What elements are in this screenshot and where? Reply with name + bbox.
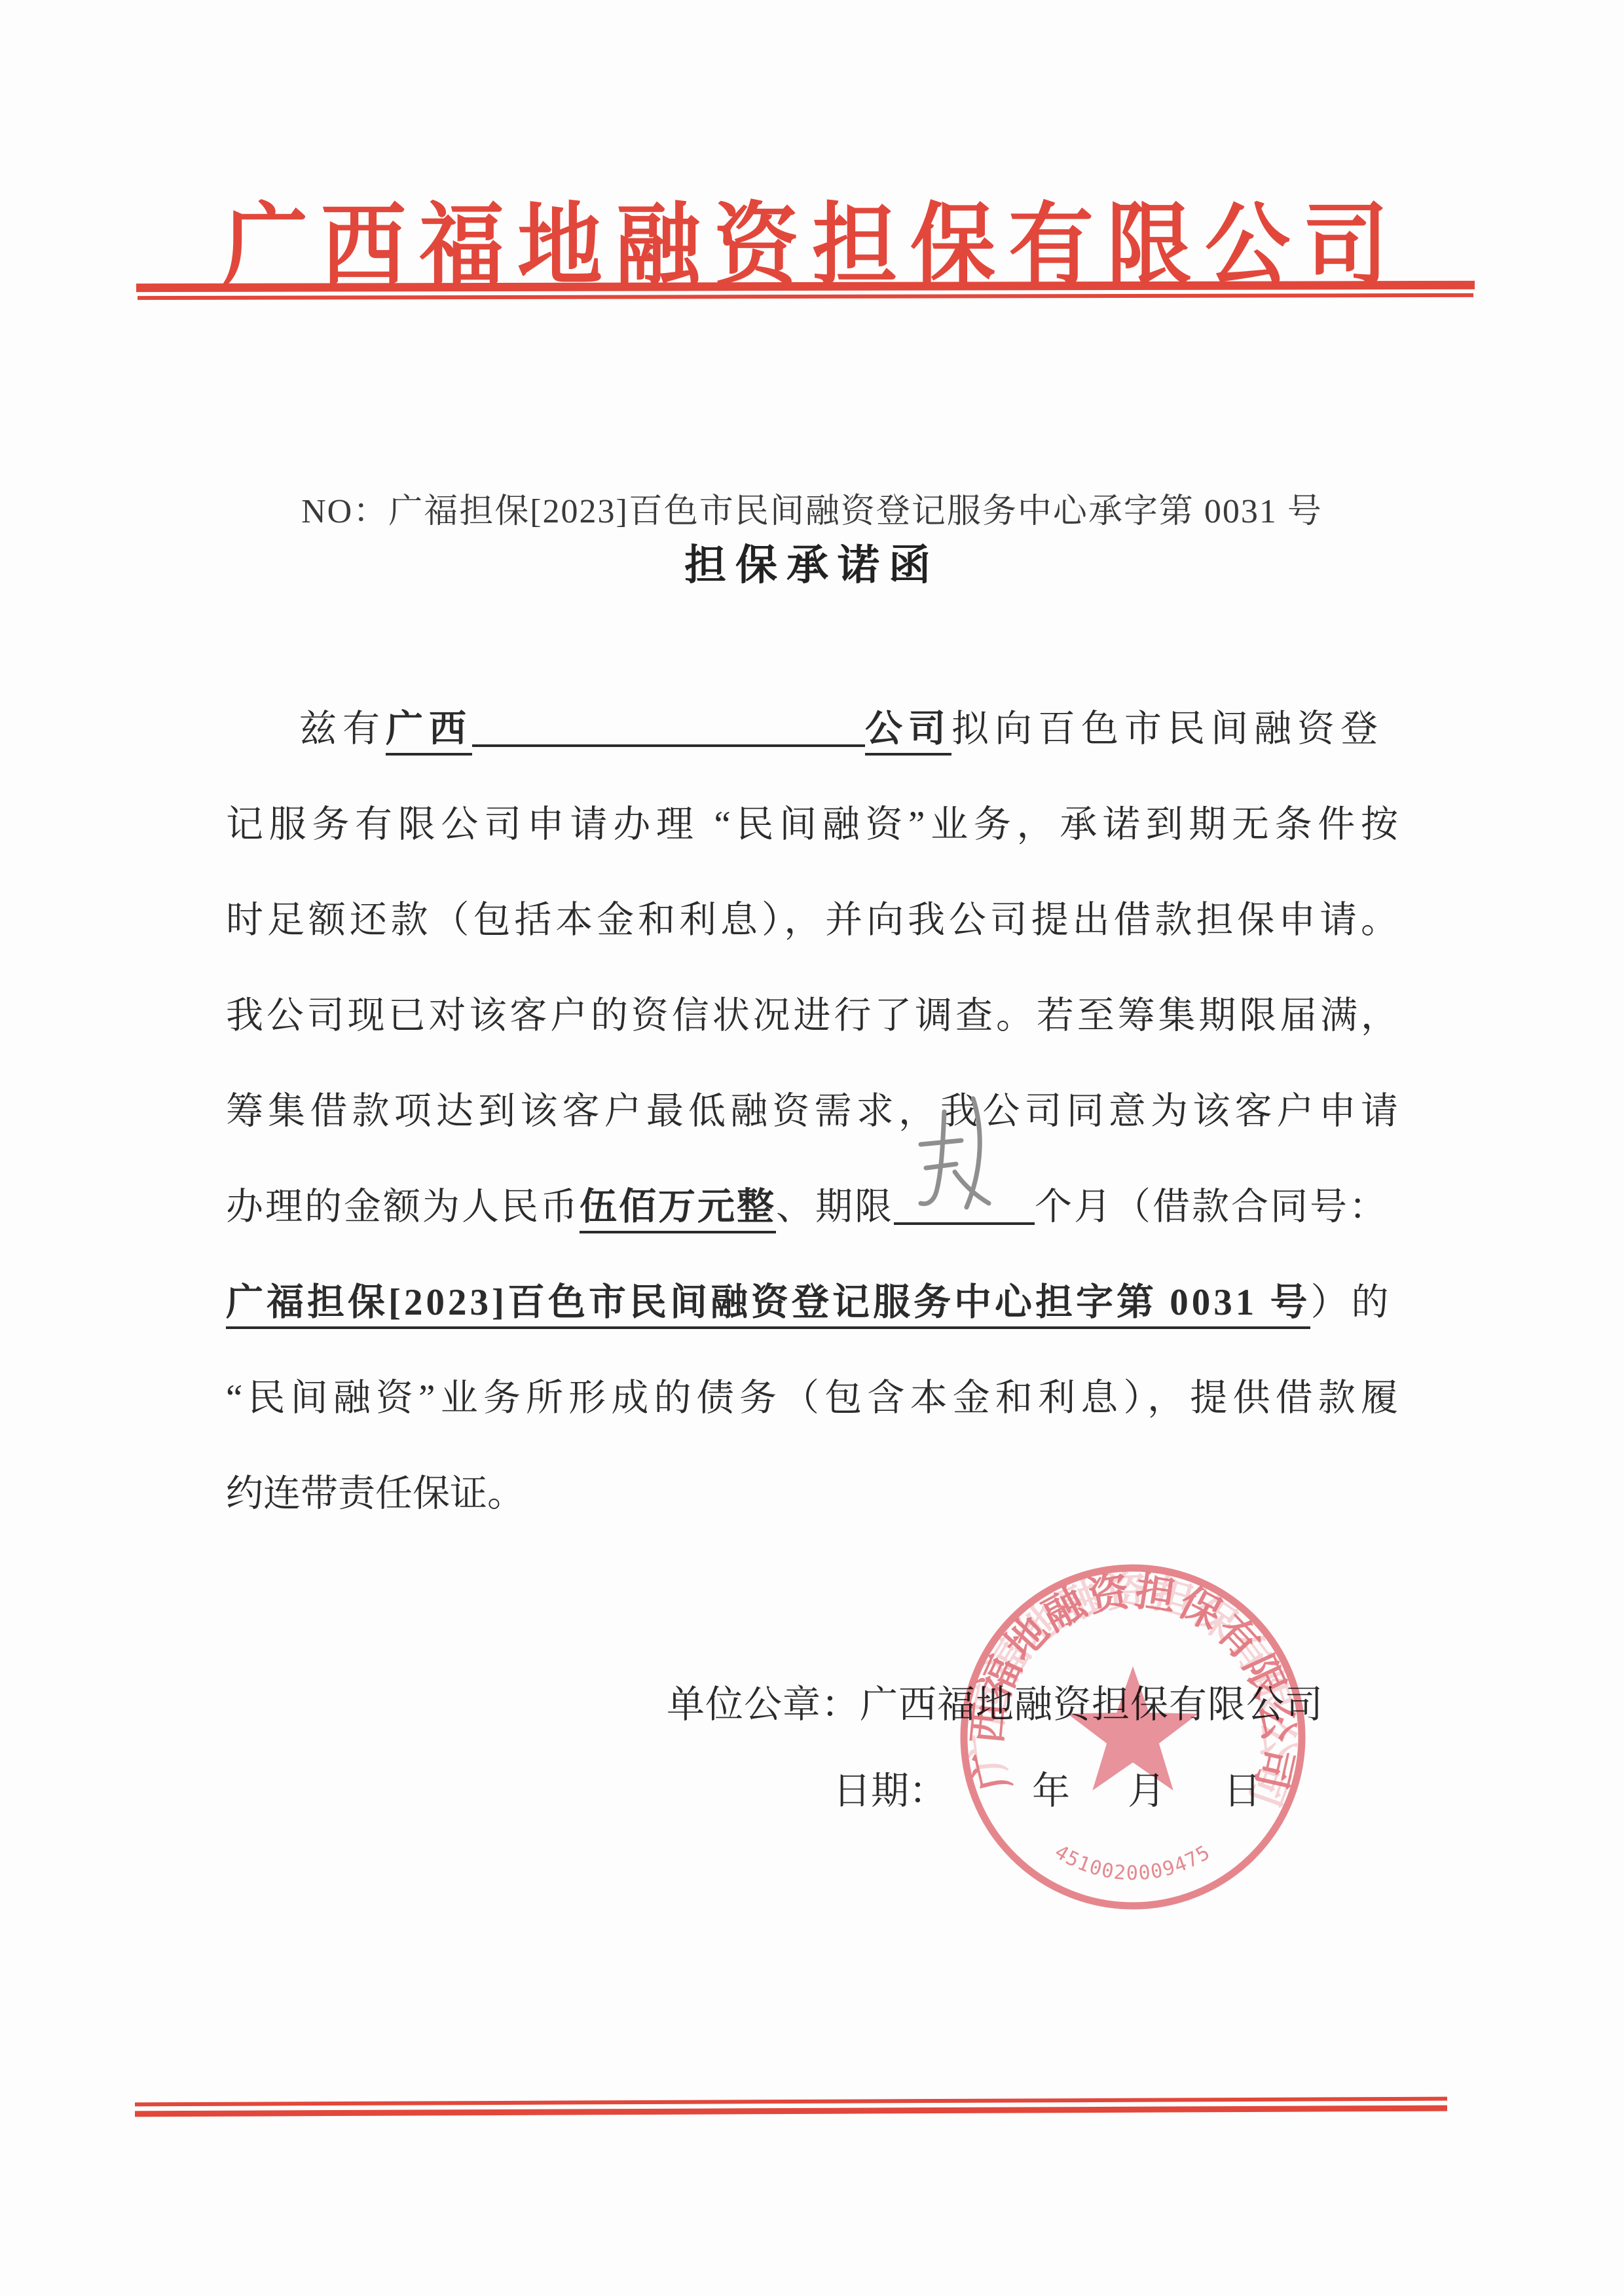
footer-rule-thin bbox=[135, 2097, 1447, 2107]
body-text: 我公司现已对该客户的资信状况进行了调查。若至筹集期限届满， bbox=[226, 995, 1398, 1036]
body-text: 兹有 bbox=[299, 708, 386, 750]
underlined-bold-text: 广福担保[2023]百色市民间融资登记服务中心担字第 0031 号 bbox=[226, 1282, 1310, 1329]
body-text: 、期限 bbox=[776, 1186, 894, 1228]
body-text: 办理的金额为人民币 bbox=[226, 1186, 580, 1228]
body-text: 约连带责任保证。 bbox=[226, 1473, 525, 1514]
body-paragraph: 兹有广西公司拟向百色市民间融资登记服务有限公司申请办理 “民间融资”业务，承诺到… bbox=[226, 704, 1398, 1565]
body-text: 个月 bbox=[1035, 1186, 1113, 1228]
seal-star-icon bbox=[1067, 1666, 1198, 1791]
date-label: 日期： bbox=[833, 1770, 947, 1812]
body-text: “民间融资”业务所形成的债务（包含本金和利息），提供借款履 bbox=[226, 1377, 1398, 1419]
body-text: （借款合同号： bbox=[1113, 1186, 1388, 1228]
body-line: 办理的金额为人民币伍佰万元整、期限 个月（借款合同号： bbox=[226, 1182, 1398, 1278]
body-line: 广福担保[2023]百色市民间融资登记服务中心担字第 0031 号）的 bbox=[226, 1278, 1398, 1374]
blank-underline bbox=[472, 706, 865, 747]
document-title: 担保承诺函 bbox=[0, 532, 1624, 592]
document-number: NO：广福担保[2023]百色市民间融资登记服务中心承字第 0031 号 bbox=[0, 483, 1624, 532]
body-line: 记服务有限公司申请办理 “民间融资”业务，承诺到期无条件按 bbox=[226, 800, 1398, 896]
footer-rule-thick bbox=[135, 2105, 1447, 2117]
body-line: 筹集借款项达到该客户最低融资需求，我公司同意为该客户申请 bbox=[226, 1087, 1398, 1182]
handwritten-mark bbox=[910, 1095, 995, 1229]
blank-underline-with-handwriting bbox=[894, 1184, 1035, 1225]
body-text: 时足额还款（包括本金和利息），并向我公司提出借款担保申请。 bbox=[226, 900, 1398, 941]
underlined-bold-text: 公司 bbox=[865, 708, 951, 756]
body-line: 我公司现已对该客户的资信状况进行了调查。若至筹集期限届满， bbox=[226, 991, 1398, 1087]
underlined-bold-text: 广西 bbox=[386, 708, 472, 756]
body-line: 时足额还款（包括本金和利息），并向我公司提出借款担保申请。 bbox=[226, 896, 1398, 991]
body-line: 兹有广西公司拟向百色市民间融资登 bbox=[226, 704, 1398, 800]
body-text: 拟向百色市民间融资登 bbox=[951, 708, 1384, 750]
body-line: “民间融资”业务所形成的债务（包含本金和利息），提供借款履 bbox=[226, 1374, 1398, 1469]
seal-serial-number: 4510020009475 bbox=[1050, 1840, 1213, 1885]
body-text: 记服务有限公司申请办理 “民间融资”业务，承诺到期无条件按 bbox=[226, 804, 1398, 845]
body-text: ）的 bbox=[1310, 1282, 1392, 1323]
scanned-document-page: 广西福地融资担保有限公司 NO：广福担保[2023]百色市民间融资登记服务中心承… bbox=[0, 0, 1624, 2296]
company-seal-stamp: 广西福地融资担保有限公司 广西福地融资担保有限公司 4510020009475 bbox=[950, 1550, 1316, 1923]
svg-text:4510020009475: 4510020009475 bbox=[1050, 1840, 1213, 1885]
body-text: 筹集借款项达到该客户最低融资需求，我公司同意为该客户申请 bbox=[226, 1091, 1398, 1132]
underlined-bold-text: 伍佰万元整 bbox=[580, 1186, 776, 1233]
